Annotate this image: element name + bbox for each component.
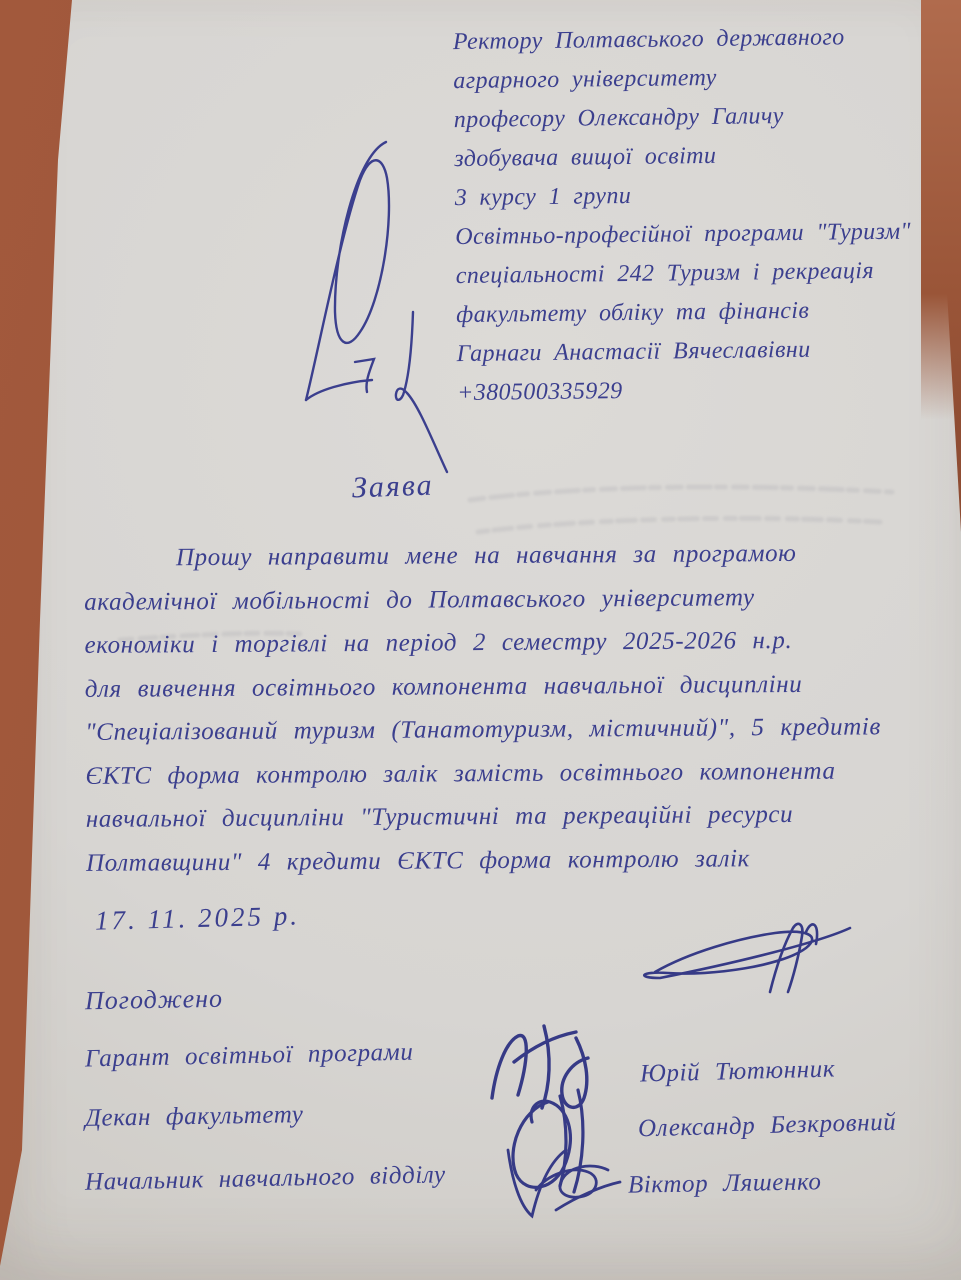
header-line: Ректору Полтавського державного bbox=[453, 17, 958, 62]
approver-name-tiutiunnyk: Юрій Тютюнник bbox=[640, 1055, 836, 1088]
body-line: "Спеціалізований туризм (Танатотуризм, м… bbox=[85, 705, 915, 754]
applicant-name-line: Гарнаги Анастасії Вячеславівни bbox=[456, 329, 961, 374]
body-line: навчальної дисципліни "Туристичні та рек… bbox=[86, 792, 916, 841]
date: 17. 11. 2025 р. bbox=[95, 900, 301, 936]
document-title: Заява bbox=[351, 469, 434, 506]
body-line: Полтавщини" 4 кредити ЄКТС форма контрол… bbox=[86, 836, 916, 885]
header-line: спеціальності 242 Туризм і рекреація bbox=[455, 251, 960, 296]
header-line: професору Олександру Галичу bbox=[454, 95, 959, 140]
header-line: Освітньо-професійної програми "Туризм" bbox=[455, 212, 960, 257]
request-paragraph: Прошу направити мене на навчання за прог… bbox=[84, 531, 916, 885]
body-line: економіки і торгівлі на період 2 семестр… bbox=[84, 618, 914, 667]
body-line: Прошу направити мене на навчання за прог… bbox=[84, 531, 914, 580]
body-line: академічної мобільності до Полтавського … bbox=[84, 575, 914, 624]
body-line: для вивчення освітнього компонента навча… bbox=[85, 662, 915, 711]
approval-label: Погоджено bbox=[85, 984, 224, 1016]
phone-number-line: +380500335929 bbox=[457, 368, 961, 413]
header-line: здобувача вищої освіти bbox=[454, 134, 959, 179]
header-line: аграрного університету bbox=[453, 56, 958, 101]
header-line: 3 курсу 1 групи bbox=[455, 173, 960, 218]
approval-role-dean: Декан факультету bbox=[85, 1101, 304, 1133]
body-line: ЄКТС форма контролю залік замість освітн… bbox=[85, 749, 915, 798]
photo-table-background: Ректору Полтавського державного аграрног… bbox=[0, 0, 961, 1280]
addressee-block: Ректору Полтавського державного аграрног… bbox=[453, 17, 961, 413]
header-line: факультету обліку та фінансів bbox=[456, 290, 961, 335]
approver-name-liashenko: Віктор Ляшенко bbox=[628, 1168, 822, 1199]
